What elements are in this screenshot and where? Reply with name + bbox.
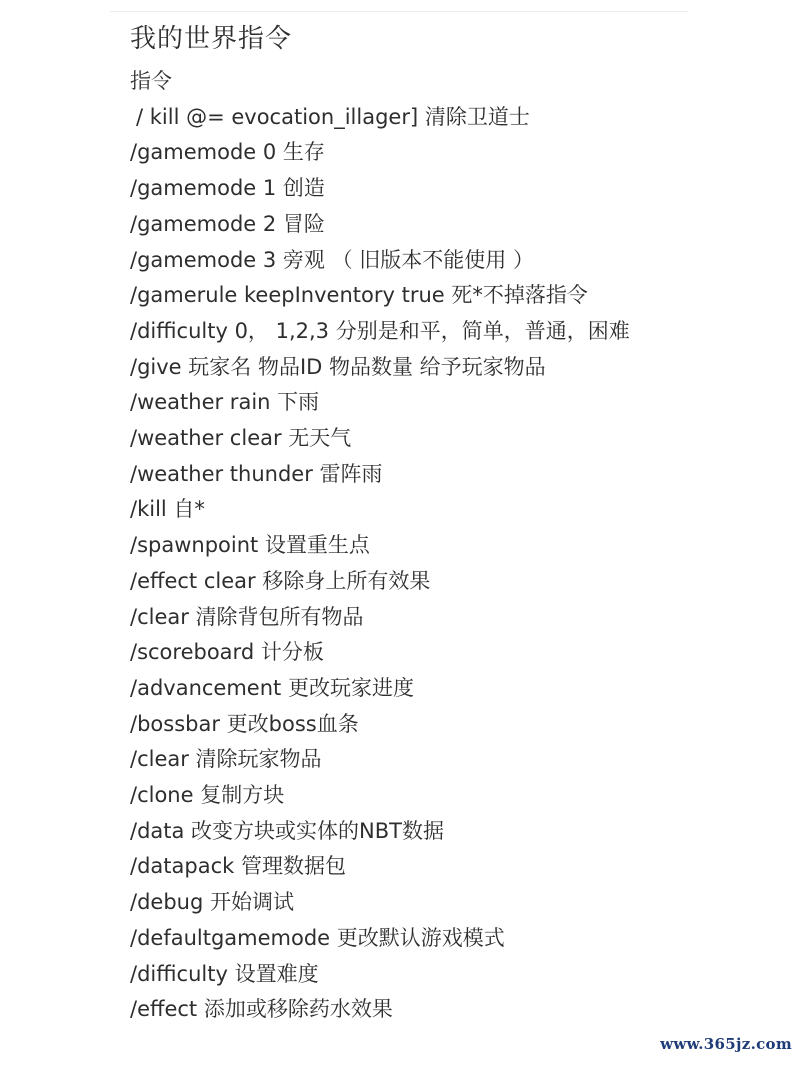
command-line: /datapack 管理数据包	[130, 849, 670, 885]
document-title: 我的世界指令	[130, 20, 292, 58]
command-line: /give 玩家名 物品ID 物品数量 给予玩家物品	[130, 350, 670, 386]
command-line: /weather clear 无天气	[130, 421, 670, 457]
top-divider	[110, 11, 688, 12]
section-label: 指令	[130, 64, 670, 100]
command-list: 指令 / kill @= evocation_illager] 清除卫道士 /g…	[130, 64, 670, 1028]
command-line: /bossbar 更改boss血条	[130, 707, 670, 743]
watermark: www.365jz.com	[660, 1035, 792, 1053]
command-line: /clear 清除背包所有物品	[130, 600, 670, 636]
command-line: /gamemode 3 旁观 （ 旧版本不能使用 ）	[130, 243, 670, 279]
command-line: /difficulty 0， 1,2,3 分别是和平，简单，普通，困难	[130, 314, 670, 350]
command-line: /defaultgamemode 更改默认游戏模式	[130, 921, 670, 957]
command-line: /scoreboard 计分板	[130, 635, 670, 671]
command-line: /data 改变方块或实体的NBT数据	[130, 814, 670, 850]
command-line: /weather thunder 雷阵雨	[130, 457, 670, 493]
command-line: /spawnpoint 设置重生点	[130, 528, 670, 564]
command-line: /kill 自*	[130, 492, 670, 528]
command-line: / kill @= evocation_illager] 清除卫道士	[130, 100, 670, 136]
command-line: /gamemode 2 冒险	[130, 207, 670, 243]
command-line: /clear 清除玩家物品	[130, 742, 670, 778]
command-line: /effect clear 移除身上所有效果	[130, 564, 670, 600]
command-line: /clone 复制方块	[130, 778, 670, 814]
command-line: /debug 开始调试	[130, 885, 670, 921]
command-line: /weather rain 下雨	[130, 385, 670, 421]
command-line: /difficulty 设置难度	[130, 957, 670, 993]
command-line: /gamemode 0 生存	[130, 135, 670, 171]
command-line: /effect 添加或移除药水效果	[130, 992, 670, 1028]
command-line: /gamerule keepInventory true 死*不掉落指令	[130, 278, 670, 314]
command-line: /advancement 更改玩家进度	[130, 671, 670, 707]
command-line: /gamemode 1 创造	[130, 171, 670, 207]
